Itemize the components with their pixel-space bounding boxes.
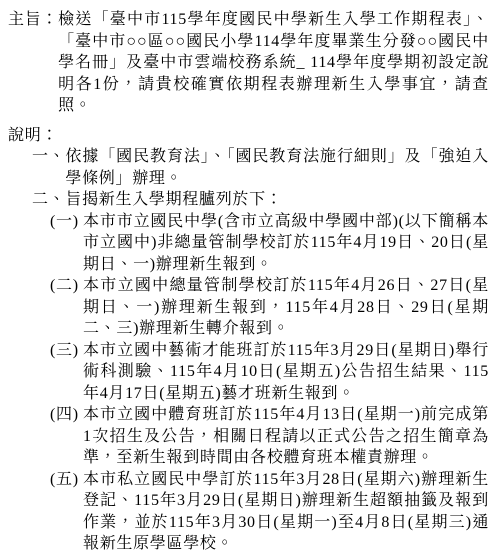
explanation-item-1: 一、 依據「國民教育法」、「國民教育法施行細則」及「強迫入學條例」辦理。 — [32, 146, 489, 189]
schedule-subitem-1-marker: (一) — [50, 211, 83, 276]
explanation-item-2-marker: 二、 — [32, 189, 65, 211]
explanation-item-2: 二、 旨揭新生入學期程臚列於下： — [32, 189, 489, 211]
schedule-subitem-2: (二) 本市立國中總量管制學校訂於115年4月26日、27日(星期日、一)辦理新… — [50, 275, 489, 340]
subject-section: 主旨： 檢送「臺中市115學年度國民中學新生入學工作期程表」、「臺中市○○區○○… — [8, 9, 489, 117]
schedule-subitem-5: (五) 本市私立國民中學訂於115年3月28日(星期六)辦理新生登記、115年3… — [50, 469, 489, 555]
schedule-subitem-3-text: 本市立國中藝術才能班訂於115年3月29日(星期日)舉行術科測驗、115年4月1… — [83, 340, 489, 405]
schedule-subitem-2-text: 本市立國中總量管制學校訂於115年4月26日、27日(星期日、一)辦理新生報到，… — [83, 275, 489, 340]
subject-label: 主旨： — [8, 9, 58, 117]
explanation-item-1-text: 依據「國民教育法」、「國民教育法施行細則」及「強迫入學條例」辦理。 — [65, 146, 489, 189]
explanation-label: 說明： — [8, 125, 489, 147]
schedule-subitem-3: (三) 本市立國中藝術才能班訂於115年3月29日(星期日)舉行術科測驗、115… — [50, 340, 489, 405]
schedule-subitem-1-text: 本市市立國民中學(含市立高級中學國中部)(以下簡稱本市立國中)非總量管制學校訂於… — [83, 211, 489, 276]
explanation-item-1-marker: 一、 — [32, 146, 65, 189]
schedule-subitem-4-text: 本市立國中體育班訂於115年4月13日(星期一)前完成第1次招生及公告，相關日程… — [83, 404, 489, 469]
official-document: 主旨： 檢送「臺中市115學年度國民中學新生入學工作期程表」、「臺中市○○區○○… — [0, 0, 496, 559]
schedule-subitem-5-marker: (五) — [50, 469, 83, 555]
schedule-subitem-4: (四) 本市立國中體育班訂於115年4月13日(星期一)前完成第1次招生及公告，… — [50, 404, 489, 469]
schedule-subitem-2-marker: (二) — [50, 275, 83, 340]
schedule-subitem-3-marker: (三) — [50, 340, 83, 405]
schedule-subitem-4-marker: (四) — [50, 404, 83, 469]
schedule-subitem-5-text: 本市私立國民中學訂於115年3月28日(星期六)辦理新生登記、115年3月29日… — [83, 469, 489, 555]
explanation-item-2-text: 旨揭新生入學期程臚列於下： — [65, 189, 489, 211]
schedule-subitem-1: (一) 本市市立國民中學(含市立高級中學國中部)(以下簡稱本市立國中)非總量管制… — [50, 211, 489, 276]
subject-text: 檢送「臺中市115學年度國民中學新生入學工作期程表」、「臺中市○○區○○國民小學… — [58, 9, 489, 117]
